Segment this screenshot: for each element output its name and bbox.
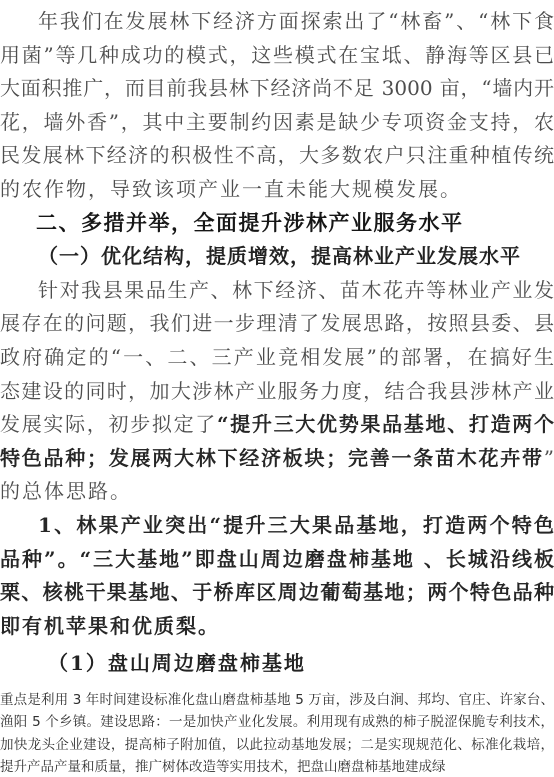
footnote-line: 加快龙头企业建设，提高柿子附加值，以此拉动基地发展；二是实现规范化、标准化栽培， [0, 734, 554, 756]
document-page: 年我们在发展林下经济方面探索出了“林畜”、“林下食 用菌”等几种成功的模式，这些… [0, 0, 554, 777]
body-text-line: 展存在的问题，我们进一步理清了发展思路，按照县委、县 [0, 307, 554, 341]
body-text-line: 用菌”等几种成功的模式，这些模式在宝坻、静海等区县已 [0, 39, 554, 73]
regular-text: 发展实际，初步拟定了 [0, 412, 217, 436]
body-text-line: 民发展林下经济的积极性不高，大多数农户只注重种植传统 [0, 139, 554, 173]
body-text-line: 发展实际，初步拟定了“提升三大优势果品基地、打造两个 [0, 408, 554, 442]
body-text-line: 年我们在发展林下经济方面探索出了“林畜”、“林下食 [0, 5, 554, 39]
footnote-line: 重点是利用 3 年时间建设标准化盘山磨盘柿基地 5 万亩，涉及白涧、邦均、官庄、… [0, 689, 554, 711]
bold-quoted-text: “提升三大优势果品基地、打造两个 [217, 412, 554, 436]
section-heading: 二、多措并举，全面提升涉林产业服务水平 [0, 207, 554, 241]
numbered-item-line: 品种”。“三大基地”即盘山周边磨盘柿基地 、长城沿线板 [0, 543, 554, 577]
footnote-line: 提升产品产量和质量，推广树体改造等实用技术，把盘山磨盘柿基地建成绿 [0, 756, 554, 777]
numbered-item-line: 1、林果产业突出“提升三大果品基地，打造两个特色 [0, 509, 554, 543]
body-text-line: 态建设的同时，加大涉林产业服务力度，结合我县涉林产业 [0, 375, 554, 409]
footnote-block: 重点是利用 3 年时间建设标准化盘山磨盘柿基地 5 万亩，涉及白涧、邦均、官庄、… [0, 689, 554, 777]
body-text-line: 花，墙外香”，其中主要制约因素是缺少专项资金支持，农 [0, 106, 554, 140]
subsection-heading: （一）优化结构，提质增效，提高林业产业发展水平 [0, 240, 554, 274]
body-text-line: 针对我县果品生产、林下经济、苗木花卉等林业产业发 [0, 274, 554, 308]
regular-text: ” [544, 446, 554, 470]
body-text-line: 大面积推广，而目前我县林下经济尚不足 3000 亩，“墙内开 [0, 72, 554, 106]
body-text-line: 特色品种；发展两大林下经济板块；完善一条苗木花卉带” [0, 442, 554, 476]
body-text-line: 政府确定的“一、二、三产业竞相发展”的部署，在搞好生 [0, 341, 554, 375]
sub-item-heading: （1）盘山周边磨盘柿基地 [0, 647, 554, 681]
bold-quoted-text: 特色品种；发展两大林下经济板块；完善一条苗木花卉带 [0, 446, 544, 470]
footnote-line: 渔阳 5 个乡镇。建设思路：一是加快产业化发展。利用现有成熟的柿子脱涩保脆专利技… [0, 711, 554, 733]
body-text-line: 的农作物，导致该项产业一直未能大规模发展。 [0, 173, 554, 207]
numbered-item-line: 栗、核桃干果基地、于桥库区周边葡萄基地；两个特色品种 [0, 576, 554, 610]
numbered-item-line: 即有机苹果和优质梨。 [0, 610, 554, 644]
body-text-line: 的总体思路。 [0, 475, 554, 509]
